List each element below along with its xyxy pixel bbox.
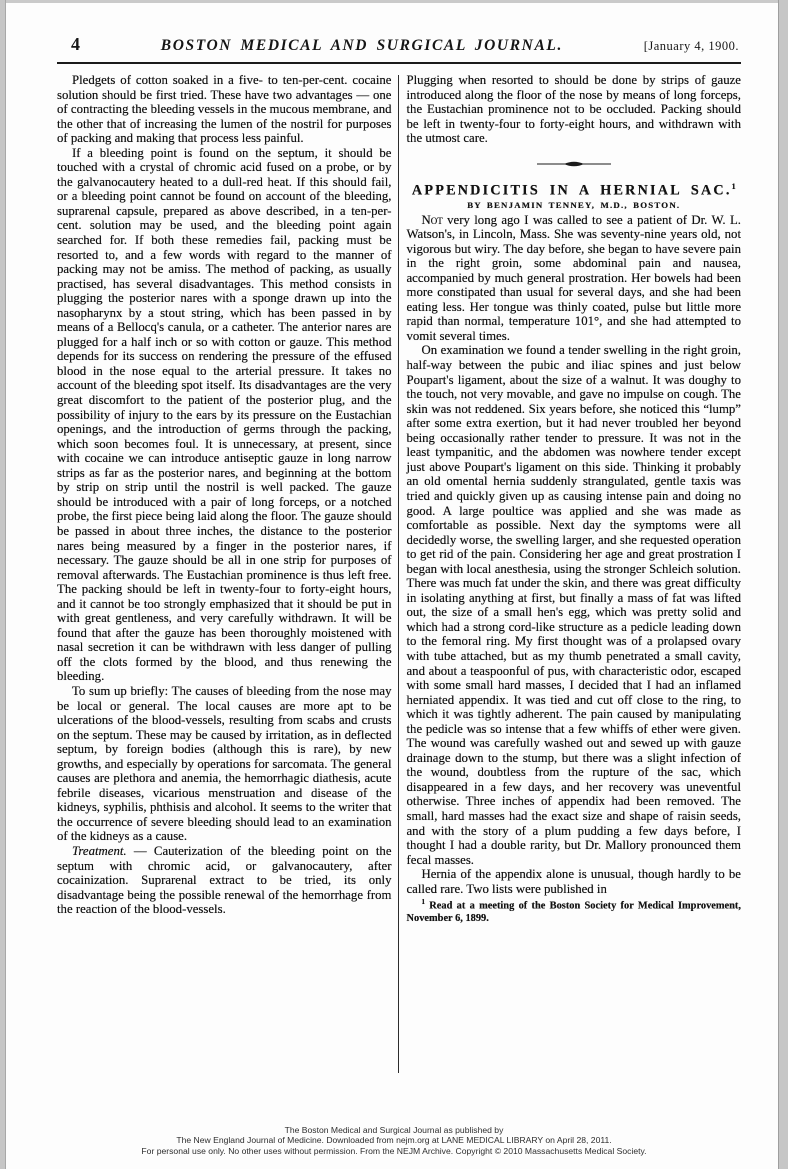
continuation-paragraph: Plugging when resorted to should be done… <box>407 73 742 146</box>
scan-edge-top <box>0 0 788 3</box>
masthead: 4 BOSTON MEDICAL AND SURGICAL JOURNAL. [… <box>57 34 741 55</box>
body-paragraph: If a bleeding point is found on the sept… <box>57 146 392 684</box>
footer-line: For personal use only. No other uses wit… <box>0 1146 788 1157</box>
masthead-rule <box>57 62 741 64</box>
body-paragraph: Pledgets of cotton soaked in a five- to … <box>57 73 392 146</box>
scan-edge-left <box>0 0 6 1169</box>
body-paragraph: To sum up briefly: The causes of bleedin… <box>57 684 392 844</box>
divider-fleuron-icon <box>535 159 613 169</box>
page-number: 4 <box>71 34 80 55</box>
text-columns: Pledgets of cotton soaked in a five- to … <box>57 73 741 1077</box>
footer-line: The Boston Medical and Surgical Journal … <box>0 1125 788 1136</box>
scanned-journal-page: 4 BOSTON MEDICAL AND SURGICAL JOURNAL. [… <box>0 0 788 1169</box>
provenance-footer: The Boston Medical and Surgical Journal … <box>0 1125 788 1157</box>
footer-line: The New England Journal of Medicine. Dow… <box>0 1135 788 1146</box>
body-paragraph-treatment: Treatment. — Cauterization of the bleedi… <box>57 844 392 917</box>
section-divider <box>407 159 742 169</box>
right-column: Plugging when resorted to should be done… <box>407 73 742 1077</box>
title-footnote-marker: 1 <box>732 182 736 191</box>
opening-rest: very long ago I was called to see a pati… <box>407 213 742 343</box>
left-column: Pledgets of cotton soaked in a five- to … <box>57 73 392 1077</box>
article-footnote: 1 Read at a meeting of the Boston Societ… <box>407 896 742 925</box>
article-title: APPENDICITIS IN A HERNIAL SAC.1 <box>407 180 742 198</box>
scan-edge-right <box>778 0 788 1169</box>
body-paragraph: Hernia of the appendix alone is unusual,… <box>407 867 742 896</box>
body-paragraph: On examination we found a tender swellin… <box>407 343 742 867</box>
opening-smallcaps: Not <box>422 213 443 227</box>
issue-date: [January 4, 1900. <box>644 39 739 54</box>
article-title-text: APPENDICITIS IN A HERNIAL SAC. <box>412 182 732 198</box>
treatment-lead-italic: Treatment. <box>72 844 127 858</box>
body-paragraph-opening: Not very long ago I was called to see a … <box>407 213 742 344</box>
footnote-text: Read at a meeting of the Boston Society … <box>407 901 742 924</box>
column-divider-rule <box>398 75 399 1073</box>
journal-title: BOSTON MEDICAL AND SURGICAL JOURNAL. <box>161 37 563 55</box>
page-content: 4 BOSTON MEDICAL AND SURGICAL JOURNAL. [… <box>57 34 741 1077</box>
article-byline: BY BENJAMIN TENNEY, M.D., BOSTON. <box>407 198 742 213</box>
